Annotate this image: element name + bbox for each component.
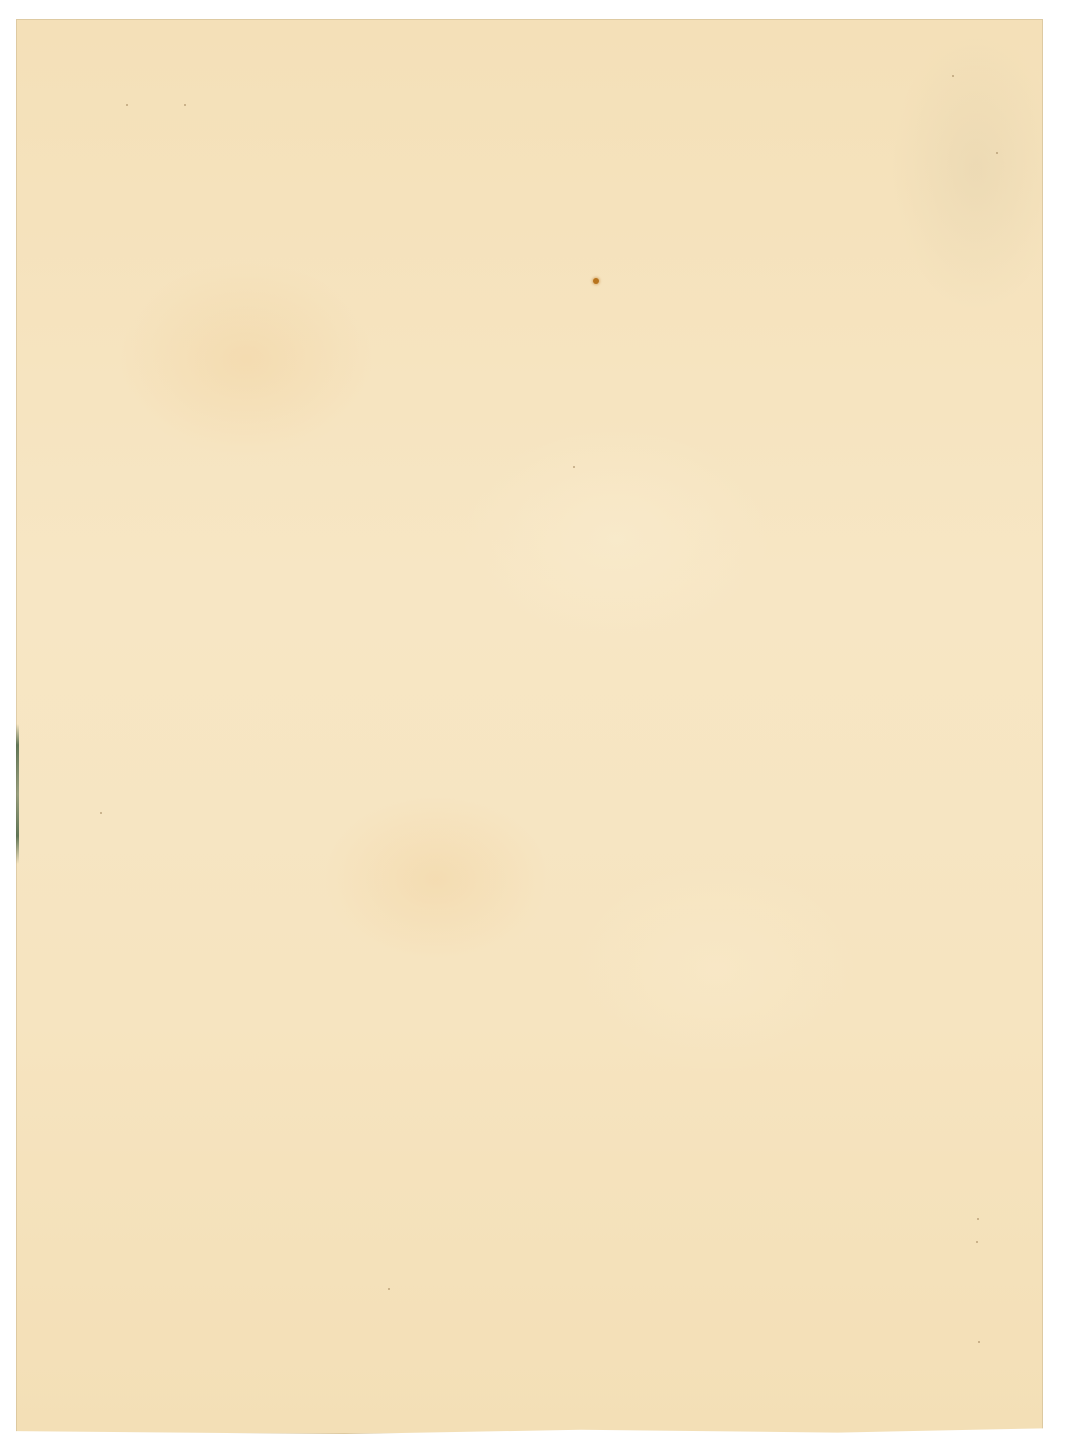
paper-speck: [100, 812, 102, 814]
paper-speck: [977, 1218, 979, 1220]
left-edge-stain: [16, 724, 19, 864]
paper-speck: [976, 1241, 978, 1243]
paper-speck: [952, 75, 954, 77]
paper-speck: [996, 152, 998, 154]
paper-speck: [573, 466, 575, 468]
paper-speck: [184, 104, 186, 106]
paper-speck: [126, 104, 128, 106]
blank-paper-sheet: [16, 19, 1043, 1434]
rust-stain-spot: [593, 278, 599, 284]
paper-speck: [388, 1288, 390, 1290]
paper-speck: [978, 1341, 980, 1343]
